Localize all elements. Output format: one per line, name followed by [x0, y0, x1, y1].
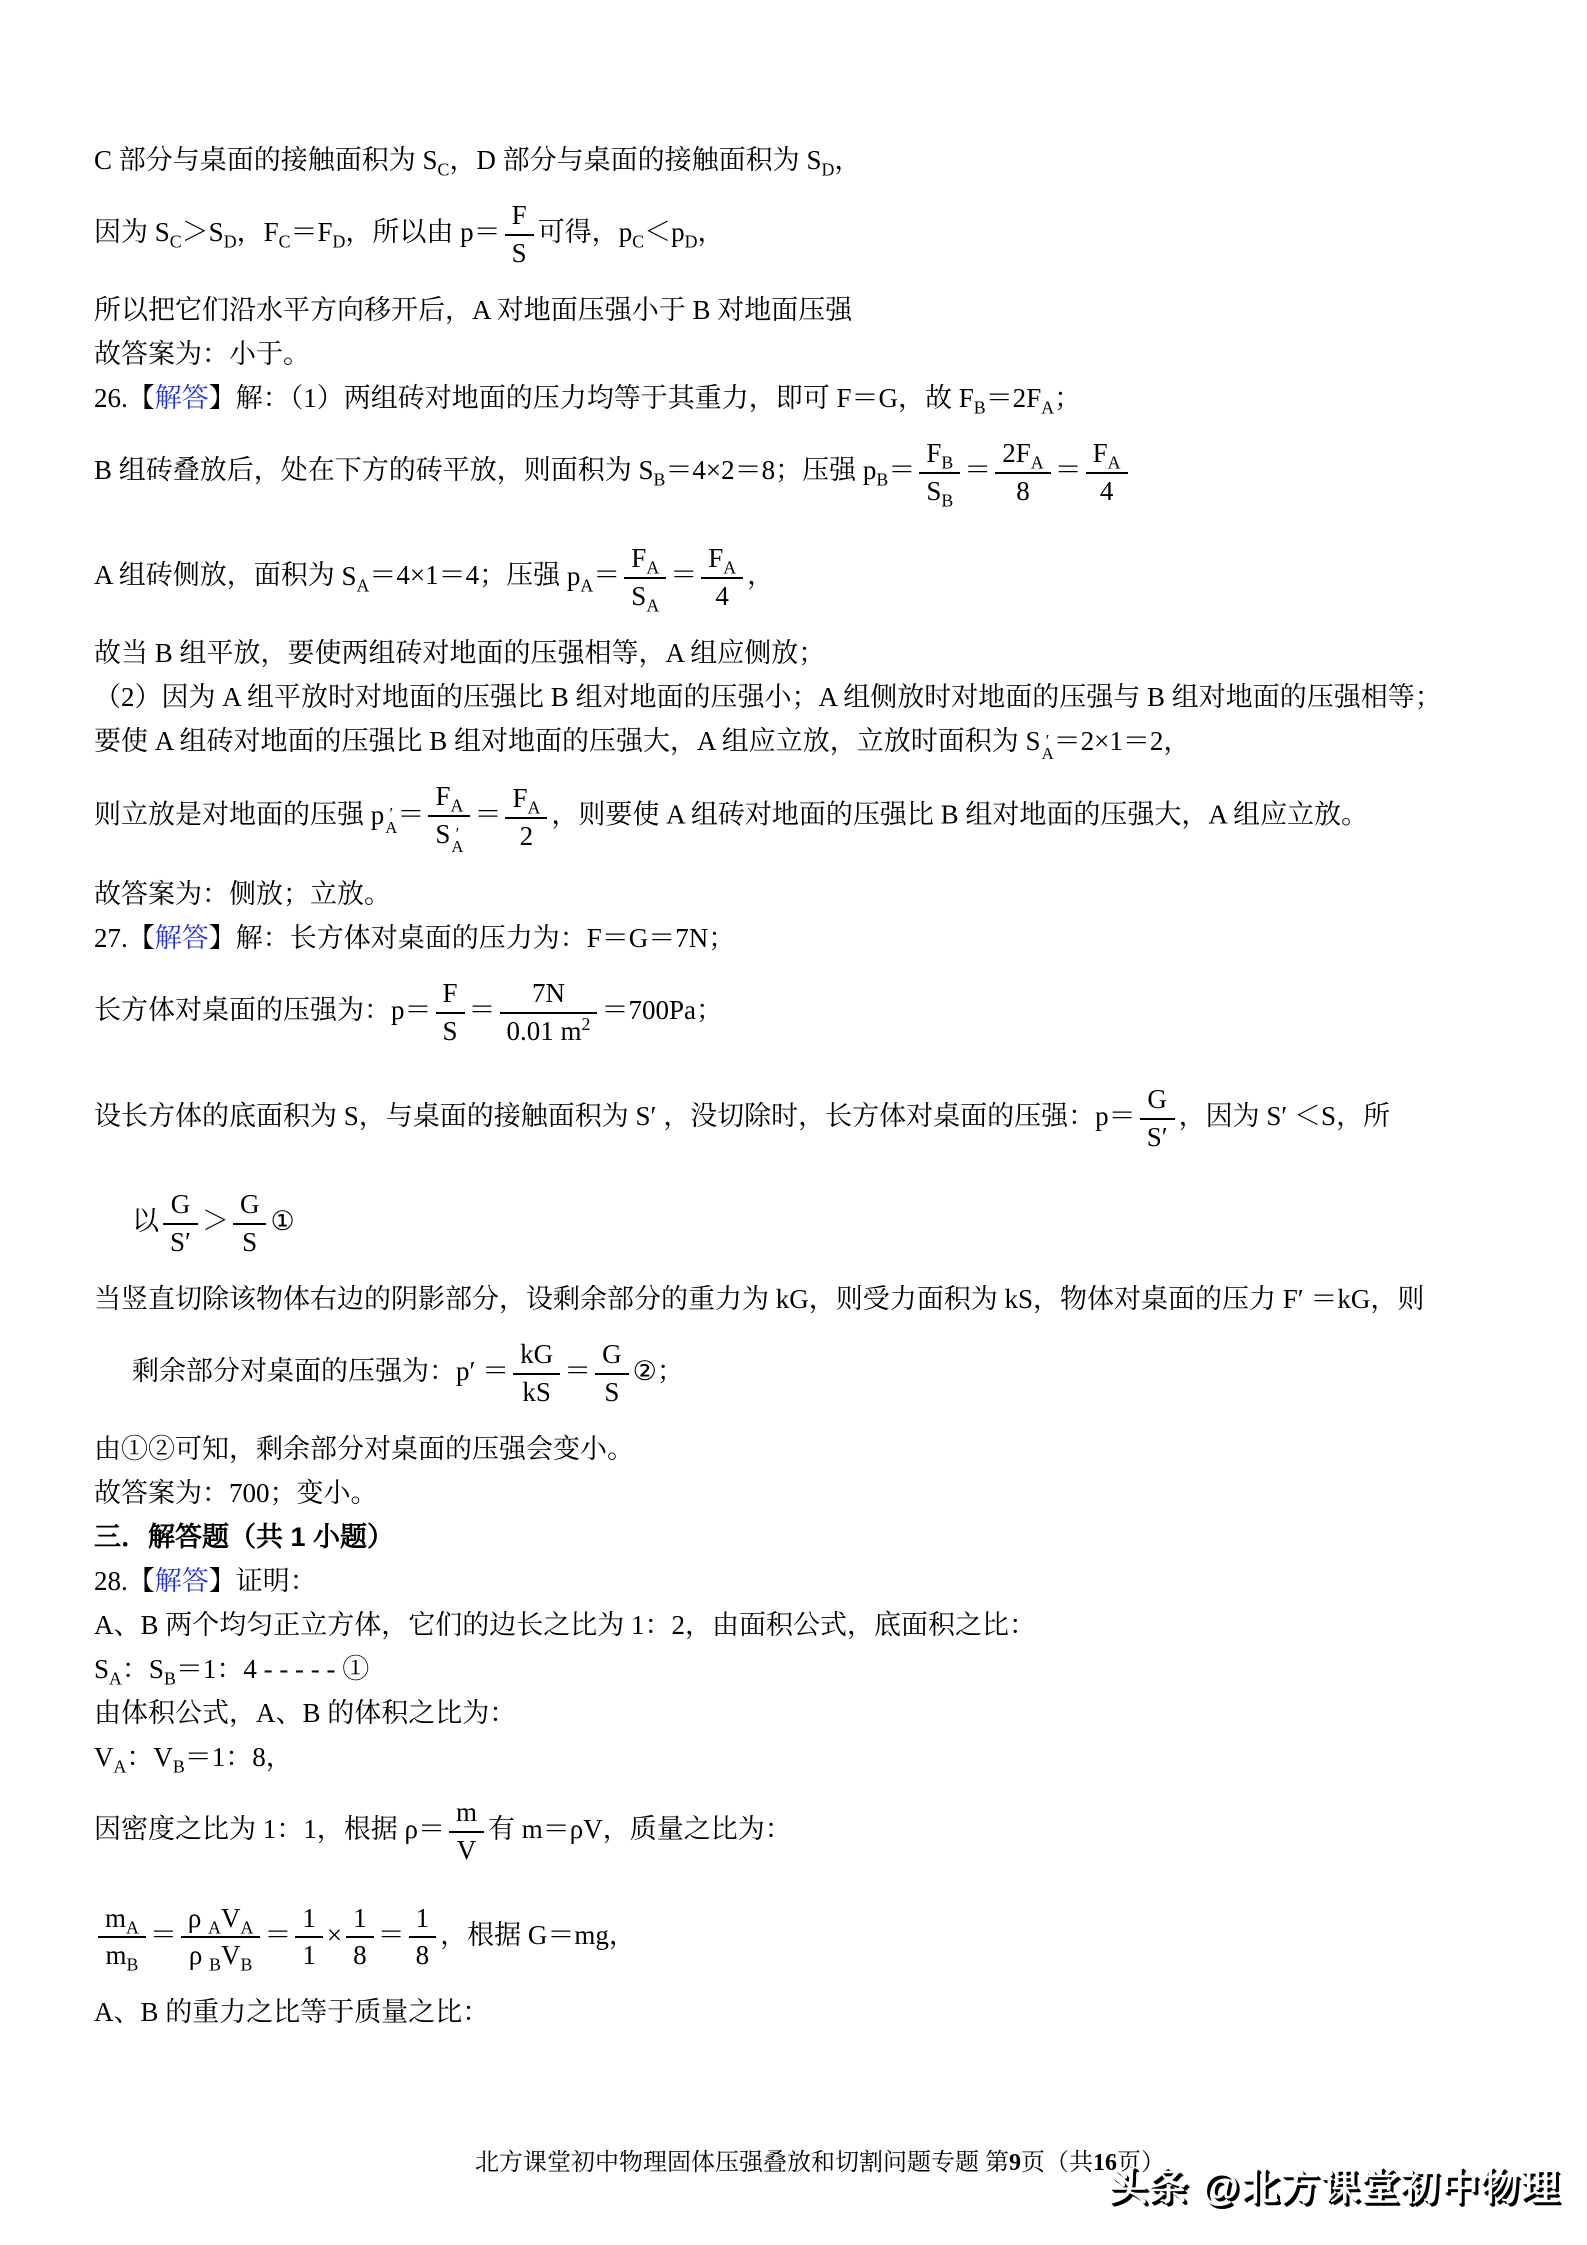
text-segment: B 组砖叠放后，处在下方的砖平放，则面积为	[94, 455, 639, 485]
fraction: GS	[595, 1337, 629, 1411]
paragraph: A 组砖侧放，面积为 SA＝4×1＝4；压强 pA＝FASA＝FA4，	[94, 525, 1546, 631]
text-segment: ：	[126, 1742, 153, 1772]
text-segment: 则立放是对地面的压强	[94, 800, 371, 830]
text-segment: SC	[155, 217, 182, 247]
text-segment: S′A	[1026, 726, 1054, 756]
paragraph: 当竖直切除该物体右边的阴影部分，设剩余部分的重力为 kG，则受力面积为 kS，物…	[94, 1277, 1546, 1321]
paragraph: 则立放是对地面的压强 p′A＝FAS′A＝FA2，则要使 A 组砖对地面的压强比…	[94, 763, 1546, 872]
text-segment: ＞	[202, 1206, 229, 1236]
text-segment: SA	[94, 1654, 122, 1684]
paragraph: 因密度之比为 1：1，根据 ρ＝mV有 m＝ρV，质量之比为：	[94, 1779, 1546, 1885]
text-segment: 2	[1002, 438, 1016, 468]
text-segment: SC	[423, 145, 450, 175]
paragraph: 长方体对桌面的压强为：p＝FS＝7N0.01 m2＝700Pa；	[94, 960, 1546, 1066]
text-segment: S′	[170, 1227, 191, 1257]
text-segment: 1	[416, 1903, 430, 1933]
text-segment: 故答案为：侧放；立放。	[94, 879, 391, 909]
paragraph: 因为 SC＞SD，FC＝FD，所以由 p＝FS可得，pC＜pD，	[94, 182, 1546, 288]
fraction: FA2	[505, 781, 547, 855]
text-segment: SD	[806, 145, 834, 175]
text-segment: S	[443, 1016, 458, 1046]
text-segment: pB	[863, 455, 888, 485]
text-segment: ＝	[474, 800, 501, 830]
text-segment: 【	[128, 923, 155, 953]
paragraph: （2）因为 A 组平放时对地面的压强比 B 组对地面的压强小；A 组侧放时对地面…	[94, 675, 1546, 719]
text-segment: ：	[122, 1654, 149, 1684]
text-segment: 剩余部分对桌面的压强为：p′ ＝	[132, 1356, 509, 1386]
text-segment: VA	[94, 1742, 126, 1772]
text-segment: ＝2×1＝2，	[1054, 726, 1191, 756]
paragraph: SA：SB＝1：4 - - - - - ①	[94, 1647, 1546, 1691]
text-segment: FC	[264, 217, 291, 247]
paragraph: B 组砖叠放后，处在下方的砖平放，则面积为 SB＝4×2＝8；压强 pB＝FBS…	[94, 420, 1546, 526]
text-segment: 27.	[94, 923, 128, 953]
text-segment: FA	[512, 783, 540, 813]
text-segment: SA	[631, 581, 659, 611]
text-segment: 故答案为：700；变小。	[94, 1478, 378, 1508]
text-segment: 解：长方体对桌面的压力为：F＝G＝7N；	[236, 923, 736, 953]
paragraph: 由①②可知，剩余部分对桌面的压强会变小。	[94, 1427, 1546, 1471]
text-segment: p′A	[371, 800, 398, 830]
text-segment: ＝	[888, 455, 915, 485]
text-segment: 0.01 m2	[507, 1016, 591, 1046]
text-segment: FA	[1016, 438, 1044, 468]
text-segment: FA	[435, 781, 463, 811]
text-segment: S	[604, 1377, 619, 1407]
text-segment: ＞	[182, 217, 209, 247]
text-segment: ρ A	[188, 1903, 221, 1933]
text-segment: SD	[209, 217, 237, 247]
text-segment: FA	[1093, 438, 1121, 468]
paragraph: VA：VB＝1：8，	[94, 1735, 1546, 1779]
fraction: FASA	[624, 541, 666, 615]
text-segment: VB	[221, 1940, 252, 1970]
paragraph: 26.【解答】解：（1）两组砖对地面的压力均等于其重力，即可 F＝G，故 FB＝…	[94, 376, 1546, 420]
fraction: 7N0.01 m2	[500, 976, 598, 1050]
text-segment: 8	[416, 1940, 430, 1970]
text-segment: G	[171, 1189, 191, 1219]
text-segment: 7N	[532, 978, 565, 1008]
text-segment: ，则要使 A 组砖对地面的压强比 B 组对地面的压强大，A 组应立放。	[551, 800, 1368, 830]
text-segment: ＝4×2＝8；压强	[665, 455, 862, 485]
text-segment: SB	[149, 1654, 176, 1684]
fraction: 2FA8	[995, 436, 1050, 510]
text-segment: 北方课堂初中物理固体压强叠放和切割问题专题 第	[475, 2150, 1009, 2176]
text-segment: SB	[926, 476, 953, 506]
text-segment: 以	[132, 1206, 159, 1236]
text-segment: ρ B	[189, 1940, 221, 1970]
text-segment: ＝	[264, 1920, 291, 1950]
text-segment: VB	[153, 1742, 184, 1772]
text-segment: ，D 部分与桌面的接触面积为	[449, 145, 806, 175]
text-segment: pC	[619, 217, 644, 247]
text-segment: 解答	[155, 923, 209, 953]
text-segment: 证明：	[236, 1566, 317, 1596]
text-segment: ＝2	[986, 383, 1027, 413]
text-segment: m	[456, 1797, 477, 1827]
text-segment: ＝	[670, 561, 697, 591]
fraction: mV	[449, 1795, 484, 1869]
text-segment: 8	[353, 1940, 367, 1970]
text-segment: A 组砖侧放，面积为	[94, 561, 342, 591]
text-segment: 因为	[94, 217, 155, 247]
text-segment: FA	[708, 543, 736, 573]
paragraph: C 部分与桌面的接触面积为 SC，D 部分与桌面的接触面积为 SD，	[94, 138, 1546, 182]
paragraph: 所以把它们沿水平方向移开后，A 对地面压强小于 B 对地面压强	[94, 288, 1546, 332]
text-segment: 当竖直切除该物体右边的阴影部分，设剩余部分的重力为 kG，则受力面积为 kS，物…	[94, 1284, 1424, 1314]
text-segment: F	[443, 978, 458, 1008]
document-body: C 部分与桌面的接触面积为 SC，D 部分与桌面的接触面积为 SD，因为 SC＞…	[94, 138, 1546, 2034]
text-segment: SB	[639, 455, 666, 485]
text-segment: S	[242, 1227, 257, 1257]
fraction: FA4	[701, 541, 743, 615]
text-segment: S	[512, 238, 527, 268]
fraction: kGkS	[513, 1337, 560, 1411]
text-segment: 8	[1016, 476, 1030, 506]
text-segment: 1	[302, 1940, 316, 1970]
paragraph: A、B 的重力之比等于质量之比：	[94, 1990, 1546, 2034]
text-segment: C 部分与桌面的接触面积为	[94, 145, 423, 175]
text-segment: ＜	[644, 217, 671, 247]
fraction: 18	[346, 1901, 374, 1975]
text-segment: ＝700Pa；	[601, 995, 723, 1025]
text-segment: F	[512, 200, 527, 230]
text-segment: G	[1147, 1084, 1167, 1114]
text-segment: G	[240, 1189, 260, 1219]
text-segment: kG	[520, 1339, 553, 1369]
paragraph: mAmB＝ρ AVAρ BVB＝11×18＝18，根据 G＝mg，	[94, 1885, 1546, 1991]
paragraph: 要使 A 组砖对地面的压强比 B 组对地面的压强大，A 组应立放，立放时面积为 …	[94, 719, 1546, 763]
text-segment: ，因为 S′ ＜S，所	[1179, 1101, 1390, 1131]
text-segment: ①	[270, 1206, 294, 1236]
text-segment: 1	[353, 1903, 367, 1933]
text-segment: mB	[105, 1940, 138, 1970]
text-segment: 4	[1100, 476, 1114, 506]
text-segment: ，根据 G＝mg，	[440, 1920, 636, 1950]
text-segment: 28.	[94, 1566, 128, 1596]
text-segment: 由①②可知，剩余部分对桌面的压强会变小。	[94, 1434, 634, 1464]
fraction: FBSB	[919, 436, 960, 510]
text-segment: 三．解答题（共 1 小题）	[94, 1522, 394, 1552]
text-segment: 1	[302, 1903, 316, 1933]
fraction: FS	[436, 976, 465, 1050]
text-segment: ＝	[150, 1920, 177, 1950]
paragraph: 由体积公式，A、B 的体积之比为：	[94, 1691, 1546, 1735]
text-segment: ，	[747, 561, 774, 591]
text-segment: 故当 B 组平放，要使两组砖对地面的压强相等，A 组应侧放；	[94, 638, 825, 668]
text-segment: FB	[926, 438, 953, 468]
text-segment: 解：（1）两组砖对地面的压力均等于其重力，即可 F＝G，故	[236, 383, 959, 413]
text-segment: ＝	[397, 800, 424, 830]
paragraph: 故答案为：侧放；立放。	[94, 872, 1546, 916]
text-segment: 26.	[94, 383, 128, 413]
fraction: mAmB	[98, 1901, 146, 1975]
text-segment: S′A	[435, 819, 463, 849]
text-segment: 9	[1009, 2150, 1021, 2176]
paragraph: 三．解答题（共 1 小题）	[94, 1515, 1546, 1559]
text-segment: A、B 两个均匀正立方体，它们的边长之比为 1：2，由面积公式，底面积之比：	[94, 1610, 1036, 1640]
text-segment: 】	[209, 383, 236, 413]
text-segment: 故答案为：小于。	[94, 339, 310, 369]
text-segment: ，	[697, 217, 724, 247]
paragraph: 27.【解答】解：长方体对桌面的压力为：F＝G＝7N；	[94, 916, 1546, 960]
fraction: FS	[505, 198, 534, 272]
paragraph: A、B 两个均匀正立方体，它们的边长之比为 1：2，由面积公式，底面积之比：	[94, 1603, 1546, 1647]
text-segment: FA	[1026, 383, 1054, 413]
fraction: FAS′A	[428, 779, 470, 856]
text-segment: FA	[631, 543, 659, 573]
text-segment: G	[602, 1339, 622, 1369]
text-segment: ＝	[469, 995, 496, 1025]
text-segment: S′	[1147, 1122, 1168, 1152]
text-segment: A、B 的重力之比等于质量之比：	[94, 1997, 489, 2027]
fraction: GS	[233, 1187, 267, 1261]
text-segment: 2	[520, 821, 534, 851]
fraction: 11	[295, 1901, 323, 1975]
text-segment: 【	[128, 383, 155, 413]
text-segment: pD	[671, 217, 697, 247]
paragraph: 故答案为：小于。	[94, 332, 1546, 376]
document-page: C 部分与桌面的接触面积为 SC，D 部分与桌面的接触面积为 SD，因为 SC＞…	[0, 0, 1587, 2245]
text-segment: ，	[834, 145, 861, 175]
fraction: GS′	[163, 1187, 198, 1261]
text-segment: V	[457, 1835, 477, 1865]
text-segment: kS	[522, 1377, 551, 1407]
text-segment: 由体积公式，A、B 的体积之比为：	[94, 1698, 516, 1728]
text-segment: ，所以由 p＝	[345, 217, 500, 247]
paragraph: 以GS′＞GS①	[94, 1171, 1546, 1277]
text-segment: ②；	[633, 1356, 684, 1386]
text-segment: FB	[959, 383, 986, 413]
text-segment: ，	[237, 217, 264, 247]
text-segment: FD	[318, 217, 346, 247]
fraction: GS′	[1140, 1082, 1175, 1156]
text-segment: ＝	[378, 1920, 405, 1950]
text-segment: 解答	[155, 383, 209, 413]
paragraph: 设长方体的底面积为 S，与桌面的接触面积为 S′ ，没切除时，长方体对桌面的压强…	[94, 1066, 1546, 1172]
text-segment: ＝	[1055, 455, 1082, 485]
paragraph: 故当 B 组平放，要使两组砖对地面的压强相等，A 组应侧放；	[94, 631, 1546, 675]
fraction: ρ AVAρ BVB	[181, 1901, 260, 1975]
text-segment: ＝	[964, 455, 991, 485]
paragraph: 故答案为：700；变小。	[94, 1471, 1546, 1515]
text-segment: 】	[209, 923, 236, 953]
text-segment: ＝1：8，	[185, 1742, 293, 1772]
text-segment: 因密度之比为 1：1，根据 ρ＝	[94, 1814, 445, 1844]
text-segment: 4	[715, 581, 729, 611]
text-segment: ＝1：4 - - - - - ①	[176, 1654, 369, 1684]
fraction: 18	[409, 1901, 437, 1975]
text-segment: 【	[128, 1566, 155, 1596]
fraction: FA4	[1086, 436, 1128, 510]
watermark: 头条 @北方课堂初中物理	[1109, 2156, 1561, 2211]
text-segment: 设长方体的底面积为 S，与桌面的接触面积为 S′ ，没切除时，长方体对桌面的压强…	[94, 1101, 1136, 1131]
text-segment: ＝4×1＝4；压强	[369, 561, 566, 591]
text-segment: VA	[221, 1903, 253, 1933]
paragraph: 28.【解答】证明：	[94, 1559, 1546, 1603]
paragraph: 剩余部分对桌面的压强为：p′ ＝kGkS＝GS②；	[94, 1321, 1546, 1427]
text-segment: （2）因为 A 组平放时对地面的压强比 B 组对地面的压强小；A 组侧放时对地面…	[94, 682, 1442, 712]
text-segment: 长方体对桌面的压强为：p＝	[94, 995, 432, 1025]
text-segment: 要使 A 组砖对地面的压强比 B 组对地面的压强大，A 组应立放，立放时面积为	[94, 726, 1026, 756]
text-segment: ＝	[291, 217, 318, 247]
text-segment: 可得，	[538, 217, 619, 247]
text-segment: ＝	[593, 561, 620, 591]
text-segment: 】	[209, 1566, 236, 1596]
text-segment: SA	[342, 561, 370, 591]
text-segment: ＝	[564, 1356, 591, 1386]
text-segment: 有 m＝ρV，质量之比为：	[488, 1814, 792, 1844]
text-segment: 页（共	[1021, 2150, 1093, 2176]
text-segment: 所以把它们沿水平方向移开后，A 对地面压强小于 B 对地面压强	[94, 295, 852, 325]
text-segment: mA	[105, 1903, 139, 1933]
text-segment: ；	[1054, 383, 1081, 413]
text-segment: ×	[327, 1920, 342, 1950]
text-segment: 解答	[155, 1566, 209, 1596]
text-segment: pA	[567, 561, 593, 591]
